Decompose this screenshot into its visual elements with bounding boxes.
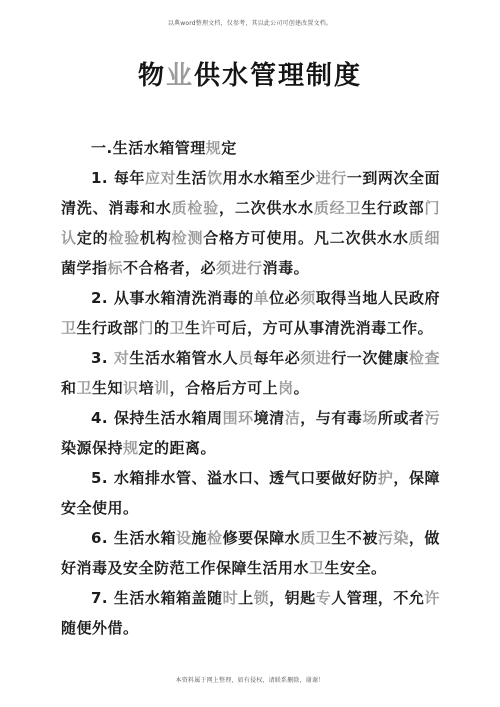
text-run-muted: 检查 [409,349,440,367]
text-run: 生知 [92,379,123,397]
text-run: 7. 生活水箱箱盖随 [91,589,223,607]
text-run-muted: 须进行 [216,259,263,277]
text-run: 定的距离。 [139,439,217,457]
header-note: 以典word整理文档，仅参考，其以此公司可创建改置文档。 [0,20,500,28]
text-run: 3. [91,349,114,367]
text-run: 4. 保持生活水箱周 [91,409,223,427]
text-run: 不合格者，必 [123,259,216,277]
text-run-muted: 检验 [108,229,140,247]
text-run: ，二次供水水 [219,199,314,217]
paragraph: 3. 对生活水箱管水人员每年必须进行一次健康检查和卫生知识培训，合格后方可上岗。 [61,343,440,403]
section-heading: 一.生活水箱管理规定 [61,133,440,163]
text-run: 合格方可使用。凡二次供水水 [203,229,408,247]
text-run: ，合格后方可上 [170,379,279,397]
text-run-muted: 业 [166,61,194,91]
page-title: 物业供水管理制度 [0,59,500,93]
text-run: 生行政部 [77,319,139,337]
text-run-muted: 设 [176,529,192,547]
text-run-muted: 质检验 [172,199,219,217]
text-run: 生安全。 [325,559,387,577]
paragraph: 7. 生活水箱箱盖随时上锁，钥匙专人管理，不允许随便外借。 [61,583,440,643]
text-run: 施 [192,529,208,547]
text-run: 2. 从事水箱清洗消毒的 [91,289,254,307]
text-run-muted: 规 [123,439,139,457]
text-run: 的 [154,319,170,337]
text-run-muted: 许 [424,589,440,607]
text-run: 所或者 [378,409,425,427]
text-run: 生 [185,319,201,337]
text-run: 修要保障水 [223,529,301,547]
text-run-muted: 质细 [409,229,440,247]
text-run: 机构 [140,229,172,247]
text-run: 供水管理制度 [194,61,362,91]
text-run-muted: 锁 [254,589,270,607]
text-run-muted: 护 [378,469,394,487]
text-run-muted: 洁 [285,409,301,427]
paragraph: 5. 水箱排水管、溢水口、透气口要做好防护，保障安全使用。 [61,463,440,523]
text-run-muted: 污染 [378,529,409,547]
text-run-muted: 对 [114,349,130,367]
text-run: 菌学指 [61,259,108,277]
text-run-muted: 标 [108,259,124,277]
text-run: 可后，方可从事清洗消毒工作。 [216,319,433,337]
text-run: 位必 [269,289,300,307]
text-run-muted: 围环 [223,409,254,427]
text-run: 定 [221,139,237,157]
text-run-muted: 场 [362,409,378,427]
text-run-muted: 岗 [278,379,294,397]
text-run-muted: 卫 [170,319,186,337]
text-run: 生不被 [331,529,378,547]
text-run-muted: 门 [139,319,155,337]
text-run-muted: 须 [300,289,316,307]
text-run-muted: 应对 [145,169,176,187]
text-run-muted: 进行 [316,169,347,187]
paragraph: 1. 每年应对生活饮用水水箱至少进行一到两次全面清洗、消毒和水质检验，二次供水水… [61,163,440,283]
text-run: ，与有毒 [300,409,362,427]
text-run: 染源保持 [61,439,123,457]
text-run-muted: 检 [207,529,223,547]
text-run: 。 [294,379,310,397]
document-page: 以典word整理文档，仅参考，其以此公司可创建改置文档。 物业供水管理制度 一.… [0,0,500,707]
text-run-muted: 规 [206,139,222,157]
text-run: 取得当地人民政府 [316,289,440,307]
paragraph: 2. 从事水箱清洗消毒的单位必须取得当地人民政府卫生行政部门的卫生许可后，方可从… [61,283,440,343]
text-run: 用水水箱至少 [223,169,316,187]
text-run: 生活 [176,169,207,187]
paragraph: 6. 生活水箱设施检修要保障水质卫生不被污染，做好消毒及安全防范工作保障生活用水… [61,523,440,583]
text-run: 5. 水箱排水管、溢水口、透气口要做好防 [91,469,378,487]
text-run-muted: 须进 [300,349,331,367]
paragraph: 4. 保持生活水箱周围环境清洁，与有毒场所或者污染源保持规定的距离。 [61,403,440,463]
text-run-muted: 检测 [172,229,204,247]
text-run: 定的 [77,229,109,247]
footer-note: 本资料属于网上整理，如有侵权，请联系删除，谢谢！ [0,677,500,685]
text-run-muted: 专 [316,589,332,607]
text-run: 生活水箱管水人 [129,349,238,367]
text-run-muted: 质经卫 [314,199,361,217]
text-run: 人管理，不允 [331,589,424,607]
text-run: 和 [61,379,77,397]
text-run: 行一次健康 [331,349,409,367]
text-run: 消毒。 [263,259,310,277]
text-run-muted: 识 [123,379,139,397]
document-body: 一.生活水箱管理规定 1. 每年应对生活饮用水水箱至少进行一到两次全面清洗、消毒… [61,133,440,643]
text-run: 物 [138,61,166,91]
text-run-muted: 训 [154,379,170,397]
text-run: 境清 [254,409,285,427]
text-run-muted: 质卫 [300,529,331,547]
text-run: 随便外借。 [61,619,139,637]
text-run-muted: 许 [201,319,217,337]
text-run-muted: 卫 [61,319,77,337]
text-run: 一.生活水箱管理 [91,139,206,157]
text-run-muted: 饮 [207,169,223,187]
text-run: 生行政部 [361,199,424,217]
text-run-muted: 时 [223,589,239,607]
text-run-muted: 卫 [77,379,93,397]
text-run: 上 [238,589,254,607]
text-run: ，钥匙 [269,589,316,607]
text-run: 6. 生活水箱 [91,529,176,547]
text-run: 每年必 [254,349,301,367]
text-run-muted: 污 [424,409,440,427]
text-run: 1. 每年 [91,169,145,187]
text-run: 培 [139,379,155,397]
text-run-muted: 卫 [309,559,325,577]
text-run-muted: 员 [238,349,254,367]
text-run-muted: 单 [254,289,270,307]
